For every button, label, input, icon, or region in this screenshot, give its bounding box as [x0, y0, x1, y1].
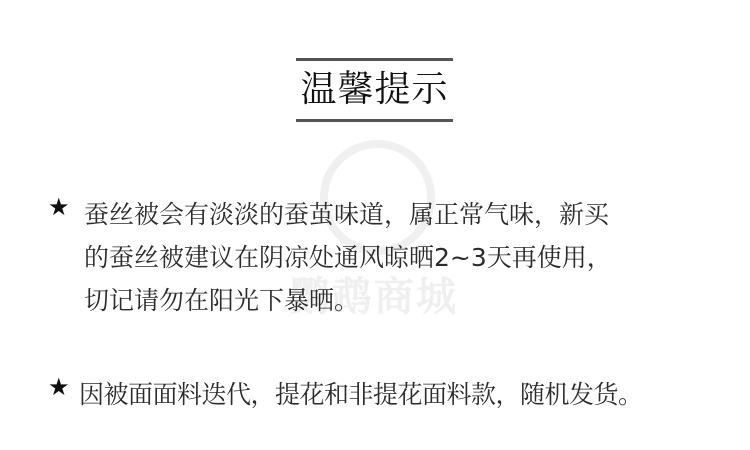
star-bullet-icon: ★ — [48, 193, 70, 221]
tip-item: ★ 蚕丝被会有淡淡的蚕茧味道，属正常气味，新买 的蚕丝被建议在阴凉处通风晾晒2~… — [48, 193, 612, 322]
tip-item: ★ 因被面面料迭代，提花和非提花面料款，随机发货。 — [48, 373, 643, 416]
page-title: 温馨提示 — [296, 61, 453, 119]
tip-line: 的蚕丝被建议在阴凉处通风晾晒2~3天再使用， — [84, 236, 612, 279]
title-bottom-rule — [296, 119, 453, 122]
tip-line: 切记请勿在阳光下暴晒。 — [84, 279, 612, 322]
star-bullet-icon: ★ — [48, 373, 70, 401]
title-block: 温馨提示 — [296, 58, 453, 122]
tip-line: 蚕丝被会有淡淡的蚕茧味道，属正常气味，新买 — [84, 193, 612, 236]
tip-line: 因被面面料迭代，提花和非提花面料款，随机发货。 — [79, 373, 643, 416]
